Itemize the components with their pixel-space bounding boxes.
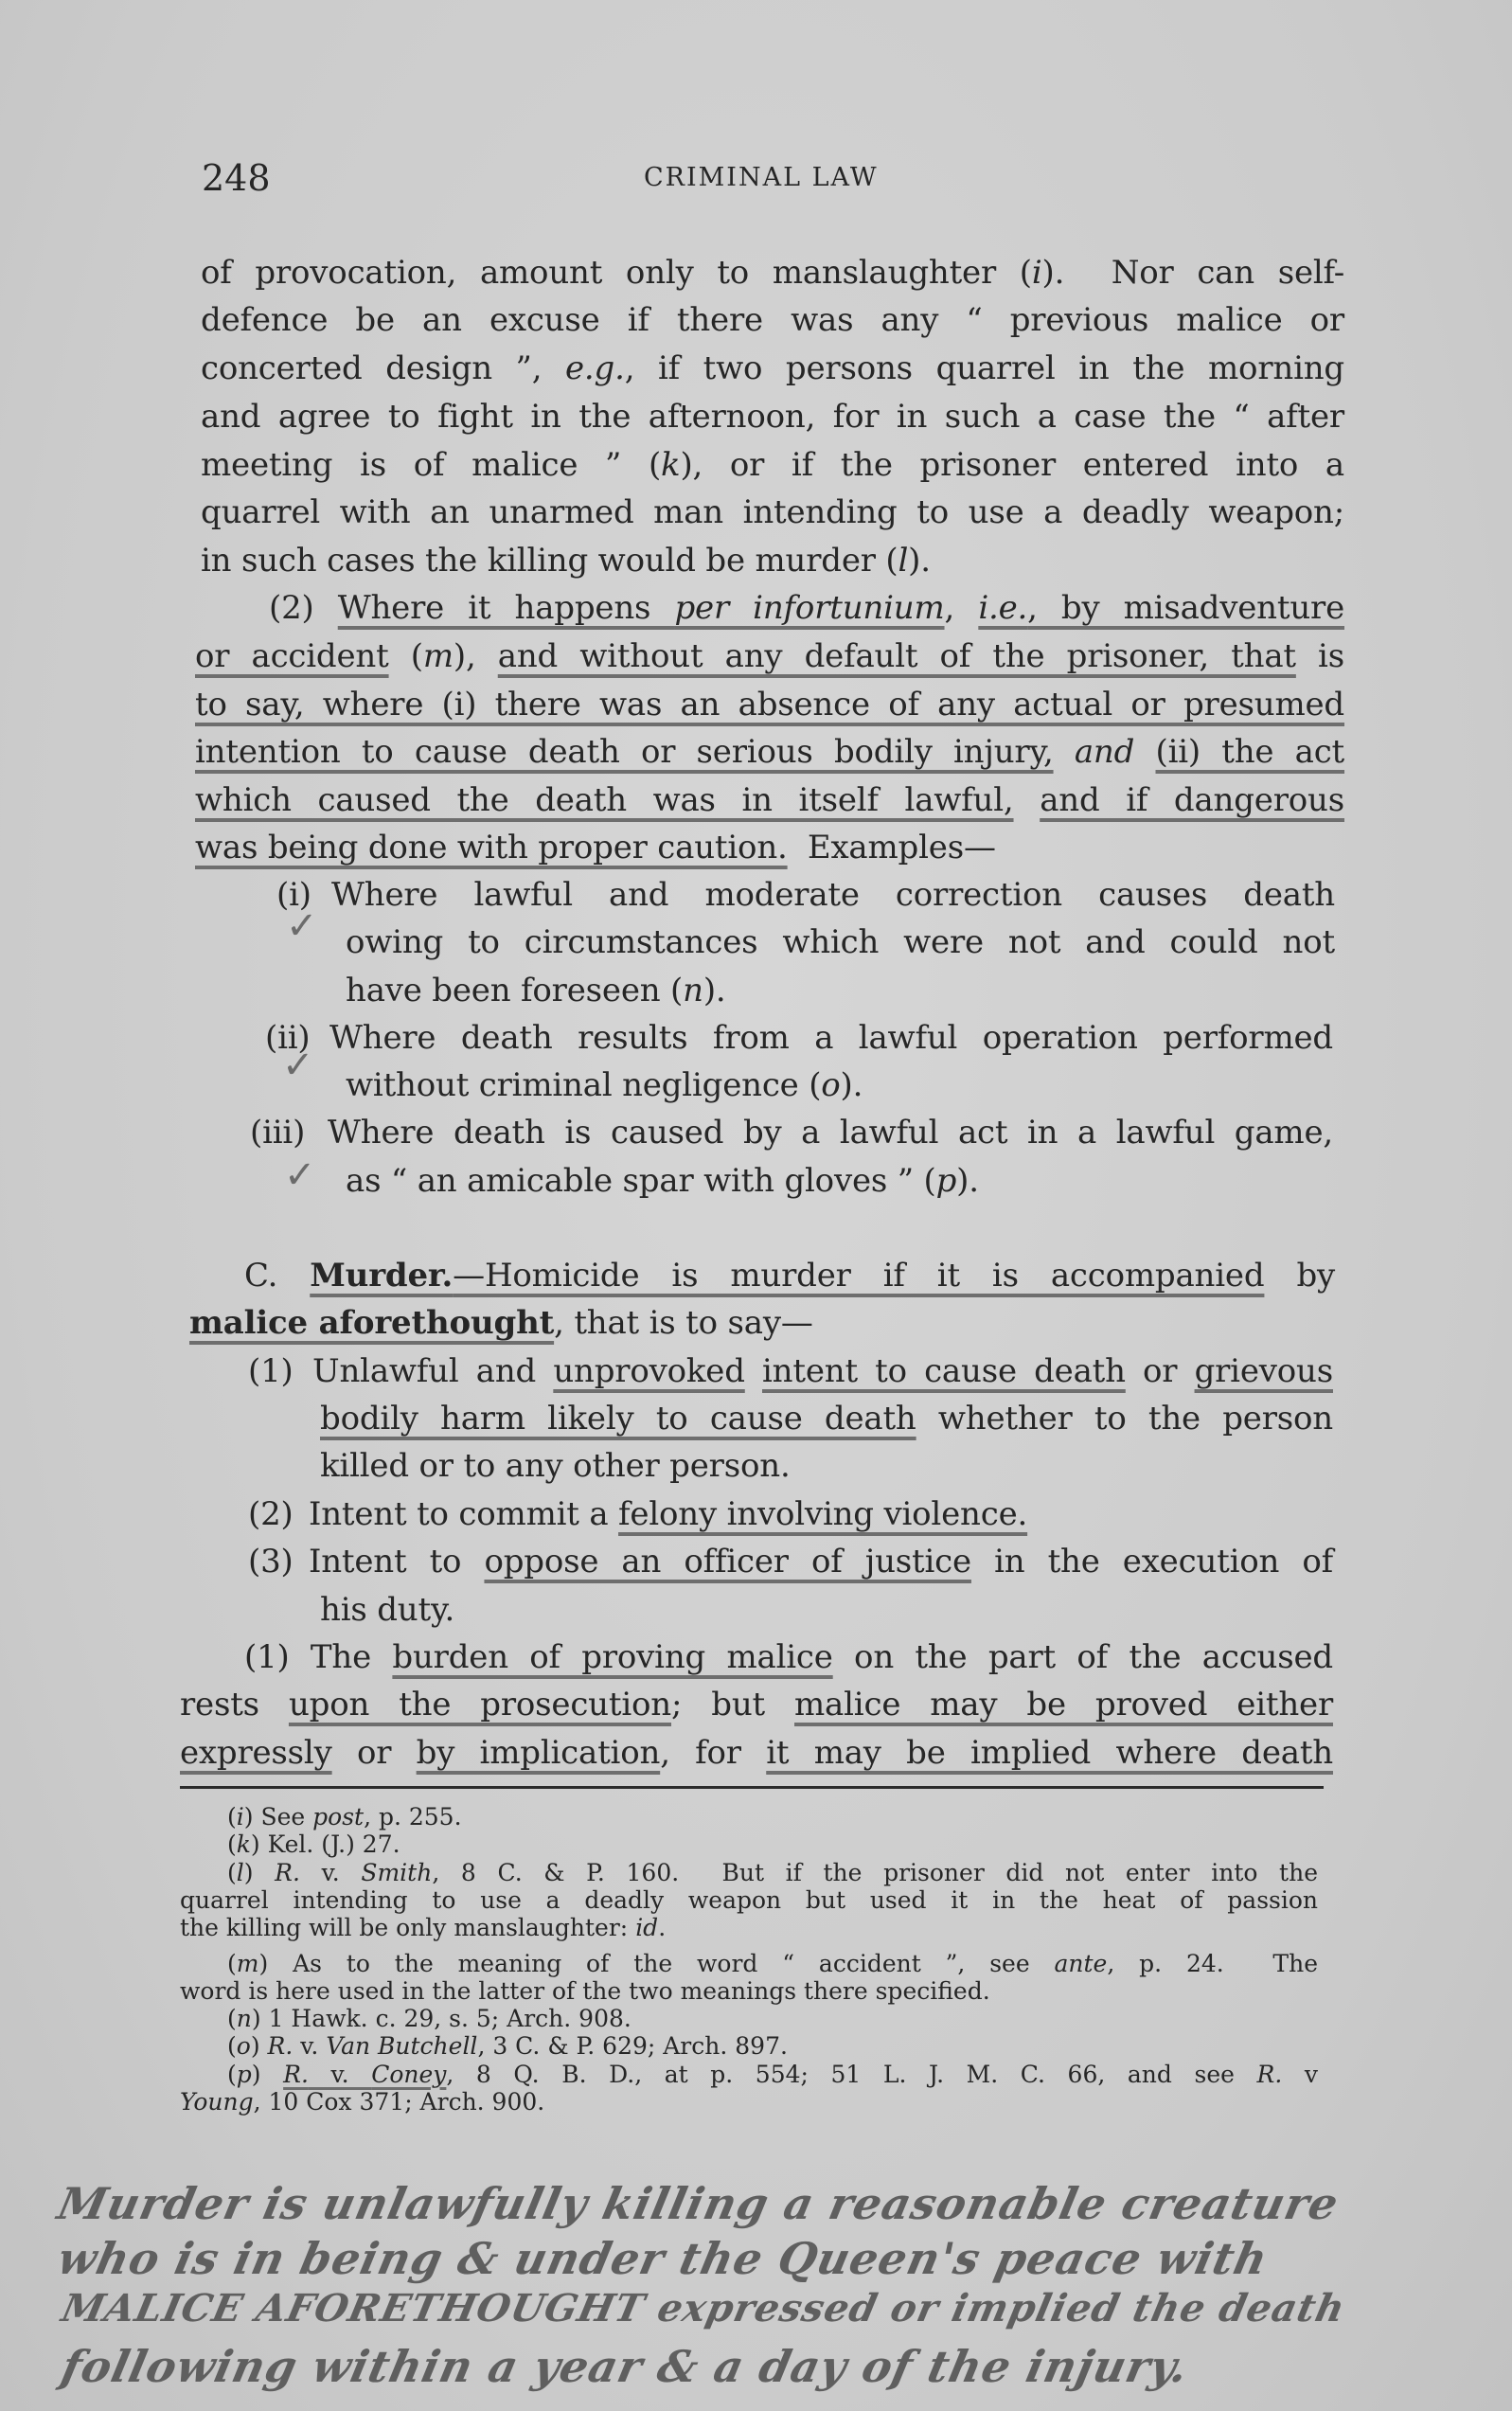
footnote: (n) 1 Hawk. c. 29, s. 5; Arch. 908.	[227, 2005, 631, 2033]
item-line: bodily harm likely to cause death whethe…	[320, 1400, 1333, 1438]
handwriting-line: MALICE AFORETHOUGHT expressed or implied…	[58, 2286, 1349, 2331]
checkmark-icon: ✓	[284, 1153, 316, 1197]
example-line: Where death is caused by a lawful act in…	[328, 1114, 1333, 1152]
text-line: to say, where (i) there was an absence o…	[195, 686, 1344, 723]
footnote: (m) As to the meaning of the word “ acci…	[227, 1950, 1318, 1978]
text-line: (2) Where it happens per infortunium, i.…	[269, 589, 1344, 627]
text-line: in such cases the killing would be murde…	[201, 542, 931, 580]
text-line: malice aforethought, that is to say—	[189, 1304, 813, 1342]
example-line: without criminal negligence (o).	[346, 1066, 863, 1104]
footnote: (i) See post, p. 255.	[227, 1803, 462, 1831]
text-line: and agree to fight in the afternoon, for…	[201, 398, 1344, 436]
footnote: the killing will be only manslaughter: i…	[180, 1914, 666, 1942]
item-label: (3)	[248, 1543, 294, 1581]
section-heading: Murder.	[310, 1257, 453, 1295]
item-line: Unlawful and unprovoked intent to cause …	[312, 1352, 1333, 1390]
handwriting-line: following within a year & a day of the i…	[57, 2341, 1193, 2392]
text-line: rests upon the prosecution; but malice m…	[180, 1686, 1333, 1723]
item-line: Intent to commit a felony involving viol…	[309, 1495, 1027, 1533]
key-term: malice aforethought	[189, 1304, 554, 1342]
checkmark-icon: ✓	[286, 904, 318, 948]
handwriting-line: who is in being & under the Queen's peac…	[53, 2233, 1272, 2284]
footnote: word is here used in the latter of the t…	[180, 1977, 990, 2006]
footnote: quarrel intending to use a deadly weapon…	[180, 1886, 1318, 1915]
checkmark-icon: ✓	[282, 1044, 314, 1087]
text-line: of provocation, amount only to manslaugh…	[201, 254, 1344, 292]
text-line: or accident (m), and without any default…	[195, 637, 1344, 675]
text-line: expressly or by implication, for it may …	[180, 1734, 1333, 1772]
item-label: (1)	[248, 1352, 294, 1390]
footnote-divider	[180, 1786, 1324, 1789]
footnote: (o) R. v. Van Butchell, 3 C. & P. 629; A…	[227, 2032, 788, 2061]
example-label: (iii)	[250, 1114, 305, 1152]
handwriting-line: Murder is unlawfully killing a reasonabl…	[53, 2178, 1343, 2229]
footnote: (p) R. v. Coney, 8 Q. B. D., at p. 554; …	[227, 2061, 1318, 2089]
example-line: Where death results from a lawful operat…	[329, 1019, 1333, 1057]
text-line: which caused the death was in itself law…	[195, 781, 1344, 819]
example-line: Where lawful and moderate correction cau…	[331, 876, 1335, 914]
item-line: Intent to oppose an officer of justice i…	[309, 1543, 1333, 1581]
item-label: (2)	[248, 1495, 294, 1533]
text-line: intention to cause death or serious bodi…	[195, 733, 1344, 771]
text-line: concerted design ”, e.g., if two persons…	[201, 349, 1344, 387]
text-line: meeting is of malice ” (k), or if the pr…	[201, 446, 1344, 484]
item-line: his duty.	[320, 1591, 454, 1629]
item-line: killed or to any other person.	[320, 1447, 791, 1485]
text-line: quarrel with an unarmed man intending to…	[201, 493, 1344, 531]
footnote: (k) Kel. (J.) 27.	[227, 1831, 400, 1859]
example-line: as “ an amicable spar with gloves ” (p).	[346, 1162, 979, 1200]
example-line: owing to circumstances which were not an…	[346, 923, 1335, 961]
footnote: (l) R. v. Smith, 8 C. & P. 160. But if t…	[227, 1859, 1318, 1887]
text-line: defence be an excuse if there was any “ …	[201, 301, 1344, 339]
page-number: 248	[202, 157, 271, 199]
section-heading-line: C. Murder.—Homicide is murder if it is a…	[244, 1257, 1335, 1295]
footnote: Young, 10 Cox 371; Arch. 900.	[180, 2088, 544, 2116]
running-head: CRIMINAL LAW	[644, 163, 879, 192]
example-line: have been foreseen (n).	[346, 972, 726, 1009]
text-line: was being done with proper caution. Exam…	[195, 829, 996, 866]
text-line: (1) The burden of proving malice on the …	[244, 1638, 1333, 1676]
